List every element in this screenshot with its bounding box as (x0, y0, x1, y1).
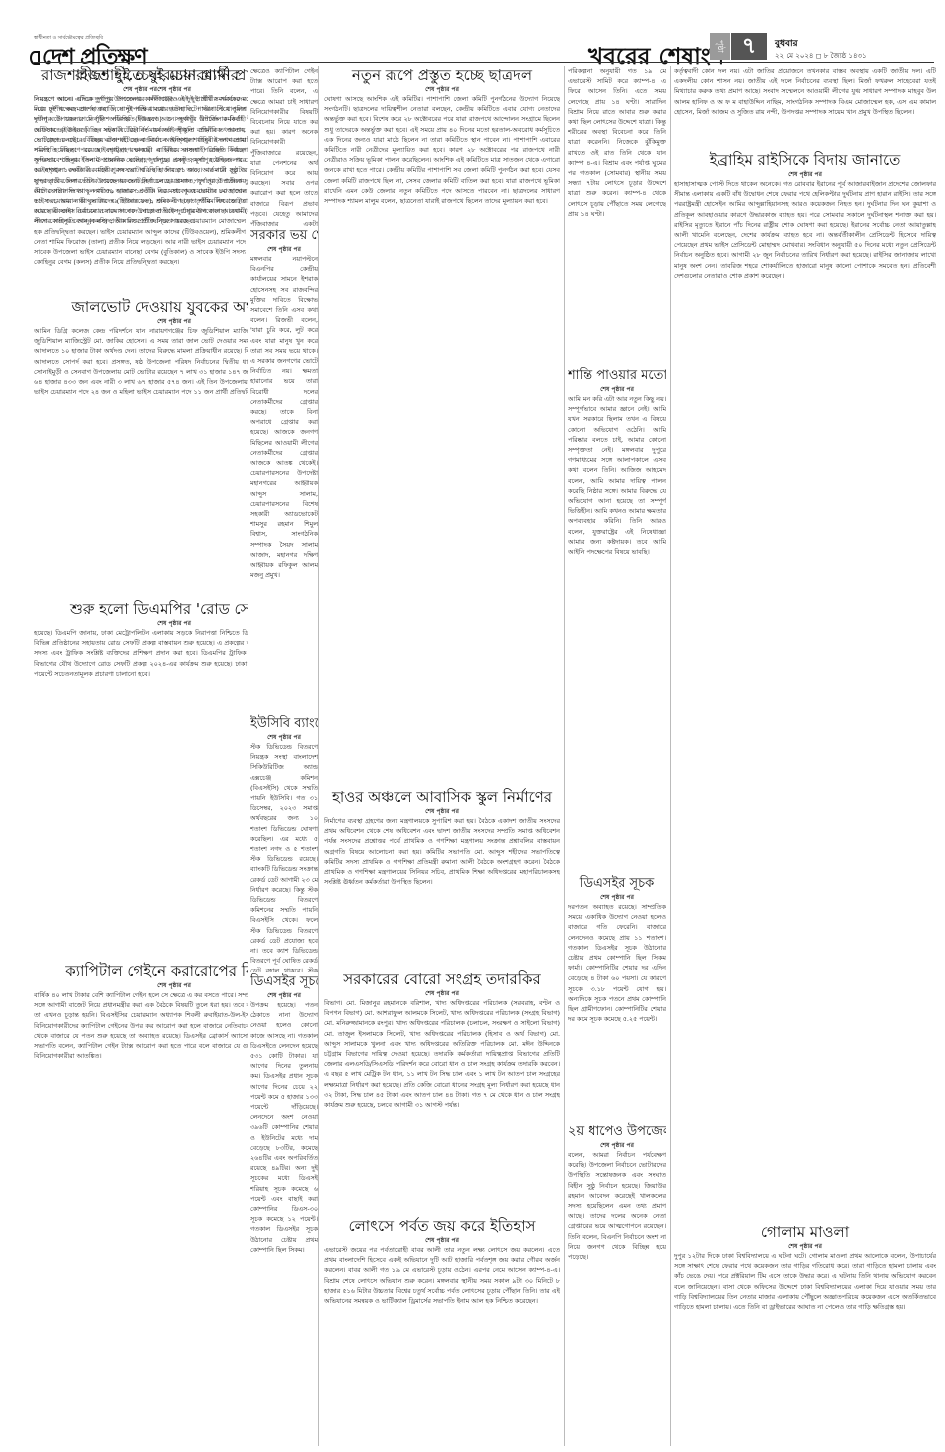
column-divider (318, 66, 319, 1446)
column-divider (564, 66, 565, 1446)
headline: ডিএসইর সূচকের (250, 972, 318, 991)
headline: ইউসিবি ব্যাংকের (250, 714, 318, 733)
page-number: ৭ (731, 33, 767, 60)
article-body-cont: ক্ষেত্রেও ক্যাপিটাল গেইন ট্যাক্স আরোপ কর… (250, 66, 318, 226)
continued-label: শেষ পৃষ্ঠার পর (250, 991, 318, 1000)
article-body: এভারেস্ট জয়ের পর পর্বতারোহী বাবর আলী তা… (324, 1245, 560, 1425)
article-body-cont: কর্তৃত্ববাদী কোন দল নয়। এটা জাতির প্রয়… (674, 66, 936, 151)
headline: সরকারের বোরো সংগ্রহ তদারকির (324, 970, 560, 989)
continued-label: শেষ পৃষ্ঠার পর (568, 385, 666, 394)
article-body: আমি মন করি এটা আর নতুন কিছু নয়। সম্পূর্… (568, 394, 666, 874)
headline: ডিএসইর সূচক (568, 874, 666, 893)
article-body: মঙ্গলবার নয়াপল্টনে বিএনপির কেন্দ্রীয় ক… (250, 254, 318, 714)
article-body: বলেন, আমরা নির্বাচন পর্যবেক্ষণ করেছি। উপ… (568, 1150, 666, 1446)
continued-label: শেষ পৃষ্ঠার পর (324, 989, 560, 998)
continued-label: শেষ পৃষ্ঠার পর (674, 170, 936, 179)
column-fourth: পরিকল্পনা অনুযায়ী গত ১৯ মে এভারেস্ট সাম… (568, 66, 666, 1446)
masthead: স্বাধীনতা ও সার্বভৌমত্বের প্রতিচ্ছবি দেশ… (0, 0, 945, 58)
issue-date: ২২ মে ২০২৪ ◻ ৮ জ্যৈষ্ঠ ১৪৩১ (775, 50, 867, 62)
headline: লোৎসে পর্বত জয় করে ইতিহাস (324, 1217, 560, 1236)
article-chhatradal: নতুন রূপে প্রস্তুত হচ্ছে ছাত্রদল শেষ পৃষ… (324, 66, 560, 784)
continued-label: শেষ পৃষ্ঠার পর (324, 85, 560, 94)
masthead-divider (34, 62, 934, 63)
page-label: পৃষ্ঠা (710, 33, 730, 60)
headline: শান্তি পাওয়ার মতো (568, 366, 666, 385)
continued-label: শেষ পৃষ্ঠার পর (250, 733, 318, 742)
article-body: বিভাগ। মো. মিজানুর রহমানকে বরিশাল, খাদ্য… (324, 998, 560, 1213)
issue-day: বুধবার (775, 36, 798, 51)
continued-label: শেষ পৃষ্ঠার পর (568, 893, 666, 902)
column-second: ক্ষেত্রেও ক্যাপিটাল গেইন ট্যাক্স আরোপ কর… (248, 66, 318, 1446)
article-haor: হাওর অঞ্চলে আবাসিক স্কুল নির্মাণের শেষ প… (324, 788, 560, 966)
article-body: উপক্রম হয়েছে। পতন ঠেকাতে নানা উদ্যোগ নে… (250, 1000, 318, 1400)
article-lhotse: লোৎসে পর্বত জয় করে ইতিহাস শেষ পৃষ্ঠার প… (324, 1217, 560, 1425)
headline: সরকার ভয় থেকেই (250, 226, 318, 245)
column-center: নতুন রূপে প্রস্তুত হচ্ছে ছাত্রদল শেষ পৃষ… (324, 66, 560, 1446)
article-body-cont: পরিকল্পনা অনুযায়ী গত ১৯ মে এভারেস্ট সাম… (568, 66, 666, 366)
article-body: ঘোষণা আসছে আংশিক এই কমিটির। পাশাপাশি জেল… (324, 94, 560, 784)
headline: গোলাম মাওলা (674, 1223, 936, 1242)
headline: নতুন রূপে প্রস্তুত হচ্ছে ছাত্রদল (324, 66, 560, 85)
headline: হাওর অঞ্চলে আবাসিক স্কুল নির্মাণের (324, 788, 560, 807)
article-body: দুপুর ১২টার দিকে ঢাকা বিশ্ববিদ্যালয়ে এ … (674, 1251, 936, 1411)
article-body: নির্মাণের ব্যবস্থা গ্রহণের জন্য মন্ত্রণা… (324, 816, 560, 966)
article-body: হাসাহাসাত্মক পোস্ট দিতে থাকেন অনেকে। গত … (674, 179, 936, 1219)
continued-label: শেষ পৃষ্ঠার পর (674, 1242, 936, 1251)
article-raisi: ইব্রাহিম রাইসিকে বিদায় জানাতে শেষ পৃষ্ঠ… (674, 151, 936, 1219)
continued-label: শেষ পৃষ্ঠার পর (568, 1141, 666, 1150)
article-golam-maula: গোলাম মাওলা শেষ পৃষ্ঠার পর দুপুর ১২টার দ… (674, 1223, 936, 1411)
article-boro: সরকারের বোরো সংগ্রহ তদারকির শেষ পৃষ্ঠার … (324, 970, 560, 1213)
article-body: স্টক ডিভিডেন্ড বিতরণে নিয়ন্ত্রক সংস্থা … (250, 742, 318, 972)
column-divider (670, 66, 671, 1446)
article-body: দরপতন অব্যাহত রয়েছে। সাম্প্রতিক সময়ে এ… (568, 902, 666, 1122)
column-right: কর্তৃত্ববাদী কোন দল নয়। এটা জাতির প্রয়… (674, 66, 936, 1446)
continued-label: শেষ পৃষ্ঠার পর (324, 807, 560, 816)
headline: ইব্রাহিম রাইসিকে বিদায় জানাতে (674, 151, 936, 170)
continued-label: শেষ পৃষ্ঠার পর (250, 245, 318, 254)
continued-label: শেষ পৃষ্ঠার পর (324, 1236, 560, 1245)
headline: ২য় ধাপেও উপজেলা (568, 1122, 666, 1141)
